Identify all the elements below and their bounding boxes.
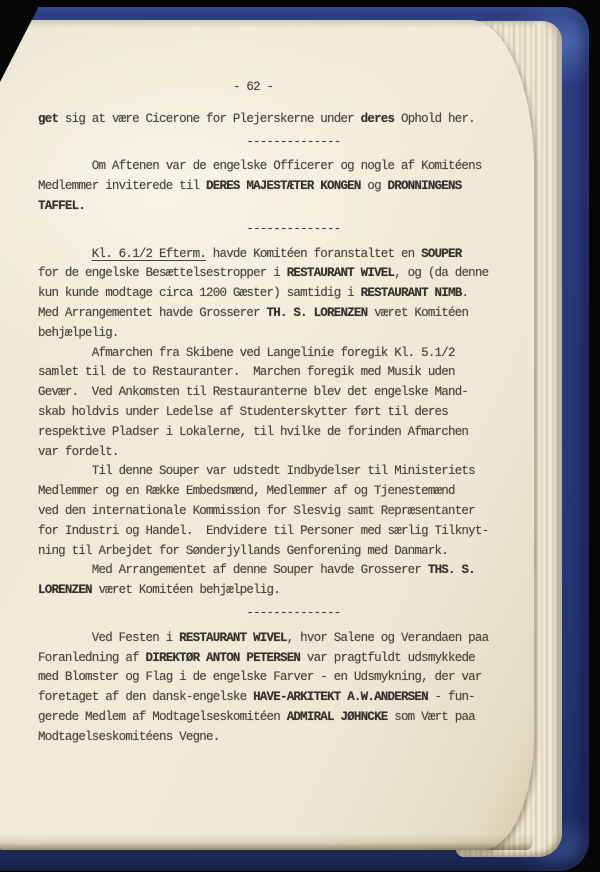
- text-line: Afmarchen fra Skibene ved Langelinie for…: [38, 344, 508, 364]
- separator-line: --------------: [38, 604, 508, 624]
- text-line: Medlemmer og en Række Embedsmænd, Medlem…: [38, 482, 508, 502]
- text-line: gerede Medlem af Modtagelseskomitéen ADM…: [38, 708, 508, 728]
- text-line: Foranledning af DIREKTØR ANTON PETERSEN …: [38, 649, 508, 669]
- text-line: get sig at være Cicerone for Plejerskern…: [38, 110, 508, 130]
- text-line: Modtagelseskomitéens Vegne.: [38, 728, 508, 748]
- text-line: TAFFEL.: [38, 197, 508, 217]
- scan-background: - 62 -get sig at være Cicerone for Pleje…: [0, 0, 600, 872]
- text-line: Medlemmer inviterede til DERES MAJESTÆTE…: [38, 177, 508, 197]
- text-line: kun kunde modtage circa 1200 Gæster) sam…: [38, 284, 508, 304]
- text-line: for Industri og Handel. Endvidere til Pe…: [38, 522, 508, 542]
- text-line: behjælpelig.: [38, 324, 508, 344]
- text-line: Om Aftenen var de engelske Officerer og …: [38, 157, 508, 177]
- separator-line: --------------: [38, 133, 508, 153]
- text-line: med Blomster og Flag i de engelske Farve…: [38, 668, 508, 688]
- text-line: skab holdvis under Ledelse af Studenters…: [38, 403, 508, 423]
- text-line: Kl. 6.1/2 Efterm. havde Komitéen foranst…: [38, 245, 508, 265]
- text-line: ved den internationale Kommission for Sl…: [38, 502, 508, 522]
- text-line: respektive Pladser i Lokalerne, til hvil…: [38, 423, 508, 443]
- document-page: - 62 -get sig at være Cicerone for Pleje…: [0, 20, 534, 850]
- text-line: samlet til de to Restauranter. Marchen f…: [38, 363, 508, 383]
- text-line: for de engelske Besættelsestropper i RES…: [38, 264, 508, 284]
- text-line: LORENZEN været Komitéen behjælpelig.: [38, 581, 508, 601]
- text-line: Med Arrangementet af denne Souper havde …: [38, 561, 508, 581]
- text-line: Til denne Souper var udstedt Indbydelser…: [38, 462, 508, 482]
- text-line: var fordelt.: [38, 443, 508, 463]
- separator-line: --------------: [38, 220, 508, 240]
- text-line: Gevær. Ved Ankomsten til Restauranterne …: [38, 383, 508, 403]
- page-number: - 62 -: [38, 78, 508, 98]
- text-line: Med Arrangementet havde Grosserer TH. S.…: [38, 304, 508, 324]
- page-content: - 62 -get sig at være Cicerone for Pleje…: [38, 78, 508, 748]
- text-line: foretaget af den dansk-engelske HAVE-ARK…: [38, 688, 508, 708]
- text-line: Ved Festen i RESTAURANT WIVEL, hvor Sale…: [38, 629, 508, 649]
- text-line: ning til Arbejdet for Sønderjyllands Gen…: [38, 542, 508, 562]
